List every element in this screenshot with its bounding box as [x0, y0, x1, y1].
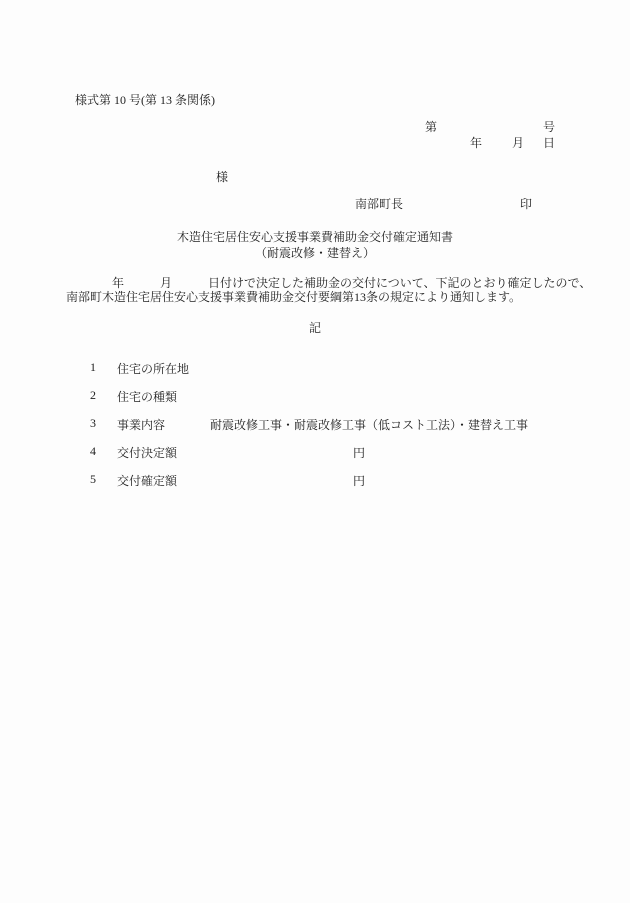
date-day-label: 日	[543, 136, 555, 150]
body-paragraph-line1: 年 月 日付けで決定した補助金の交付について、下記のとおり確定したので、	[112, 276, 591, 290]
item-number: 2	[90, 388, 96, 403]
body-paragraph-line2: 南部町木造住宅居住安心支援事業費補助金交付要綱第13条の規定により通知します。	[66, 290, 521, 304]
item-number: 4	[90, 444, 96, 459]
document-title: 木造住宅居住安心支援事業費補助金交付確定通知書	[0, 230, 630, 244]
record-heading: 記	[0, 321, 630, 335]
item-row-4: 4 交付決定額 円	[0, 444, 630, 460]
item-label: 事業内容	[117, 416, 165, 433]
date-year-label: 年	[470, 136, 482, 150]
item-label: 交付決定額	[117, 444, 177, 461]
item-value: 円	[353, 472, 365, 489]
document-number-prefix: 第	[425, 120, 437, 134]
item-number: 3	[90, 416, 96, 431]
item-value: 耐震改修工事・耐震改修工事（低コスト工法）・建替え工事	[210, 416, 528, 433]
document-number-suffix: 号	[543, 120, 555, 134]
seal-placeholder: 印	[520, 197, 532, 211]
addressee-honorific: 様	[216, 170, 228, 184]
item-value: 円	[353, 444, 365, 461]
item-number: 5	[90, 472, 96, 487]
issuer-title: 南部町長	[355, 197, 403, 211]
item-row-5: 5 交付確定額 円	[0, 472, 630, 488]
document-subtitle: （耐震改修・建替え）	[0, 246, 630, 260]
item-number: 1	[90, 360, 96, 375]
item-row-2: 2 住宅の種類	[0, 388, 630, 404]
form-number: 様式第 10 号(第 13 条関係)	[75, 93, 215, 107]
date-month-label: 月	[512, 136, 524, 150]
item-label: 住宅の所在地	[117, 360, 189, 377]
item-label: 住宅の種類	[117, 388, 177, 405]
document-page: 様式第 10 号(第 13 条関係) 第 号 年 月 日 様 南部町長 印 木造…	[0, 0, 630, 903]
item-label: 交付確定額	[117, 472, 177, 489]
item-row-1: 1 住宅の所在地	[0, 360, 630, 376]
item-row-3: 3 事業内容 耐震改修工事・耐震改修工事（低コスト工法）・建替え工事	[0, 416, 630, 432]
